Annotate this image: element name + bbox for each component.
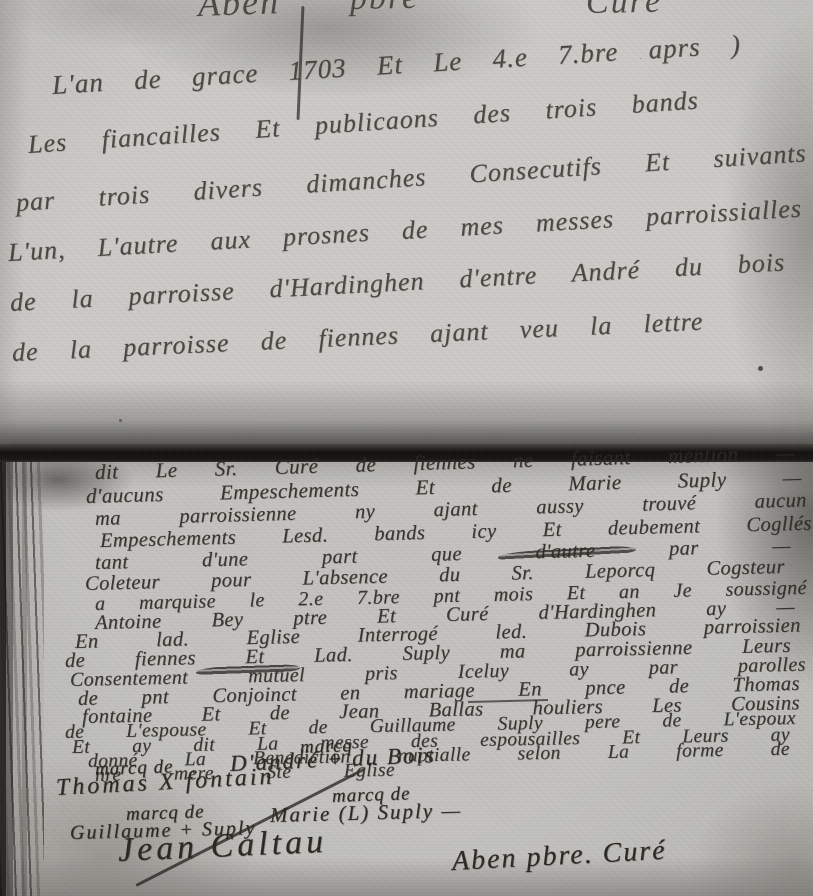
manuscript-line: de la parroisse de fiennes ajant veu la … (11, 307, 704, 367)
signature: Aben pbre. Curé (451, 835, 667, 878)
manuscript-line: Les fiancailles Et publicaons des trois … (27, 85, 699, 159)
cut-off-line-fragment: Aben (197, 0, 280, 24)
manuscript-scan: AbenpbreCuréL'an de grace 1703 Et Le 4.e… (0, 0, 813, 896)
signature: Jean Caltau (117, 823, 328, 870)
cut-off-line-fragment: Curé (586, 0, 663, 22)
ink-speck (758, 366, 763, 371)
cut-off-line-fragment: pbre (350, 0, 420, 18)
handwriting-layer: AbenpbreCuréL'an de grace 1703 Et Le 4.e… (0, 0, 813, 896)
